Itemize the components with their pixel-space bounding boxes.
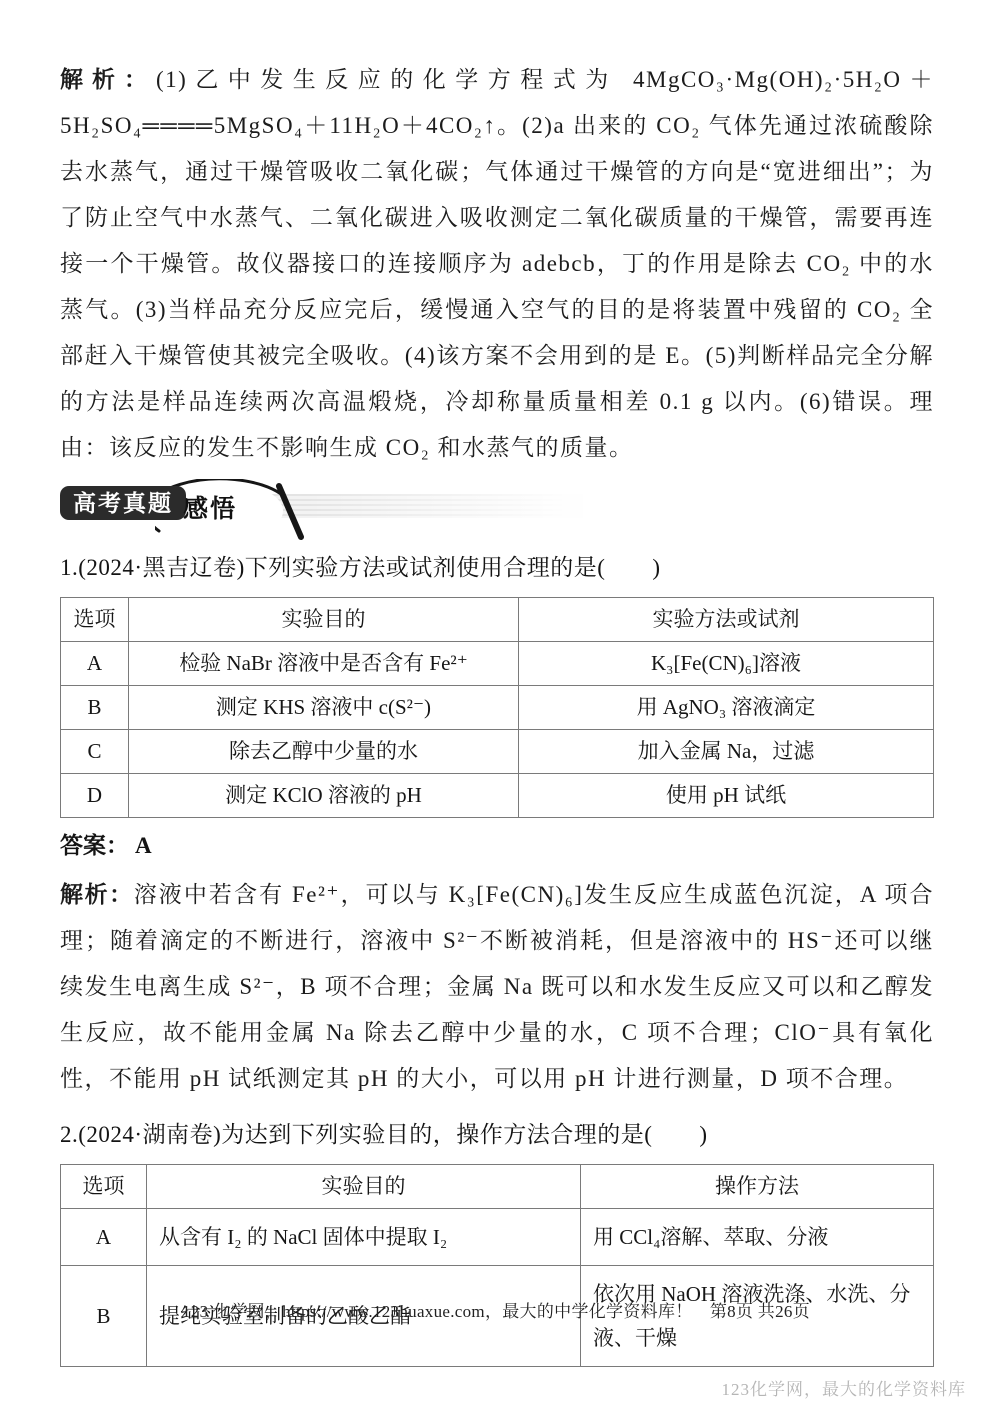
- experiment-purpose: 除去乙醇中少量的水: [129, 730, 519, 774]
- experiment-method: 加入金属 Na，过滤: [519, 730, 934, 774]
- col-header-option: 选项: [61, 598, 129, 642]
- option-letter: B: [61, 686, 129, 730]
- page-content: 解析：(1)乙中发生反应的化学方程式为 4MgCO₃·Mg(OH)₂·5H₂O＋…: [0, 0, 992, 1367]
- question-1-table: 选项 实验目的 实验方法或试剂 A 检验 NaBr 溶液中是否含有 Fe²⁺ K…: [60, 597, 934, 818]
- experiment-method: 用 AgNO₃ 溶液滴定: [519, 686, 934, 730]
- answer-value: A: [129, 833, 152, 858]
- col-header-method: 实验方法或试剂: [519, 598, 934, 642]
- col-header-purpose: 实验目的: [129, 598, 519, 642]
- table-row: C 除去乙醇中少量的水 加入金属 Na，过滤: [61, 730, 934, 774]
- analysis-label: 解析：: [60, 881, 134, 907]
- question-1-stem: 1.(2024·黑吉辽卷)下列实验方法或试剂使用合理的是( ): [60, 551, 934, 585]
- page-footer: 123 化学网，https://www.123huaxue.com，最大的中学化…: [0, 1297, 992, 1322]
- table-header-row: 选项 实验目的 实验方法或试剂: [61, 598, 934, 642]
- badge-primary: 高考真题: [60, 486, 186, 520]
- col-header-purpose: 实验目的: [147, 1165, 581, 1209]
- col-header-operation: 操作方法: [581, 1165, 934, 1209]
- experiment-method: 使用 pH 试纸: [519, 774, 934, 818]
- option-letter: C: [61, 730, 129, 774]
- table-header-row: 选项 实验目的 操作方法: [61, 1165, 934, 1209]
- experiment-purpose: 检验 NaBr 溶液中是否含有 Fe²⁺: [129, 642, 519, 686]
- table-row: A 从含有 I₂ 的 NaCl 固体中提取 I₂ 用 CCl₄溶解、萃取、分液: [61, 1209, 934, 1266]
- analysis-paragraph-2: 解析：溶液中若含有 Fe²⁺，可以与 K₃[Fe(CN)₆]发生反应生成蓝色沉淀…: [60, 871, 934, 1102]
- answer-line: 答案：A: [60, 828, 934, 863]
- option-letter: A: [61, 1209, 147, 1266]
- col-header-option: 选项: [61, 1165, 147, 1209]
- experiment-purpose: 从含有 I₂ 的 NaCl 固体中提取 I₂: [147, 1209, 581, 1266]
- answer-label: 答案：: [60, 832, 129, 858]
- analysis-text: (1)乙中发生反应的化学方程式为 4MgCO₃·Mg(OH)₂·5H₂O＋5H₂…: [60, 67, 934, 460]
- table-row: B 测定 KHS 溶液中 c(S²⁻) 用 AgNO₃ 溶液滴定: [61, 686, 934, 730]
- experiment-purpose: 测定 KHS 溶液中 c(S²⁻): [129, 686, 519, 730]
- analysis-text: 溶液中若含有 Fe²⁺，可以与 K₃[Fe(CN)₆]发生反应生成蓝色沉淀，A …: [60, 882, 934, 1091]
- table-row: A 检验 NaBr 溶液中是否含有 Fe²⁺ K₃[Fe(CN)₆]溶液: [61, 642, 934, 686]
- option-letter: A: [61, 642, 129, 686]
- experiment-method: K₃[Fe(CN)₆]溶液: [519, 642, 934, 686]
- operation-method: 用 CCl₄溶解、萃取、分液: [581, 1209, 934, 1266]
- analysis-paragraph-1: 解析：(1)乙中发生反应的化学方程式为 4MgCO₃·Mg(OH)₂·5H₂O＋…: [60, 56, 934, 471]
- option-letter: D: [61, 774, 129, 818]
- table-row: D 测定 KClO 溶液的 pH 使用 pH 试纸: [61, 774, 934, 818]
- section-header: 高考真题 感悟: [60, 485, 934, 535]
- question-2-stem: 2.(2024·湖南卷)为达到下列实验目的，操作方法合理的是( ): [60, 1118, 934, 1152]
- experiment-purpose: 测定 KClO 溶液的 pH: [129, 774, 519, 818]
- question-2-table: 选项 实验目的 操作方法 A 从含有 I₂ 的 NaCl 固体中提取 I₂ 用 …: [60, 1164, 934, 1367]
- site-watermark: 123化学网，最大的化学资料库: [722, 1375, 967, 1400]
- badge-secondary: 感悟: [183, 489, 237, 525]
- document-page: 解析：(1)乙中发生反应的化学方程式为 4MgCO₃·Mg(OH)₂·5H₂O＋…: [0, 0, 992, 1403]
- analysis-label: 解析：: [60, 66, 156, 92]
